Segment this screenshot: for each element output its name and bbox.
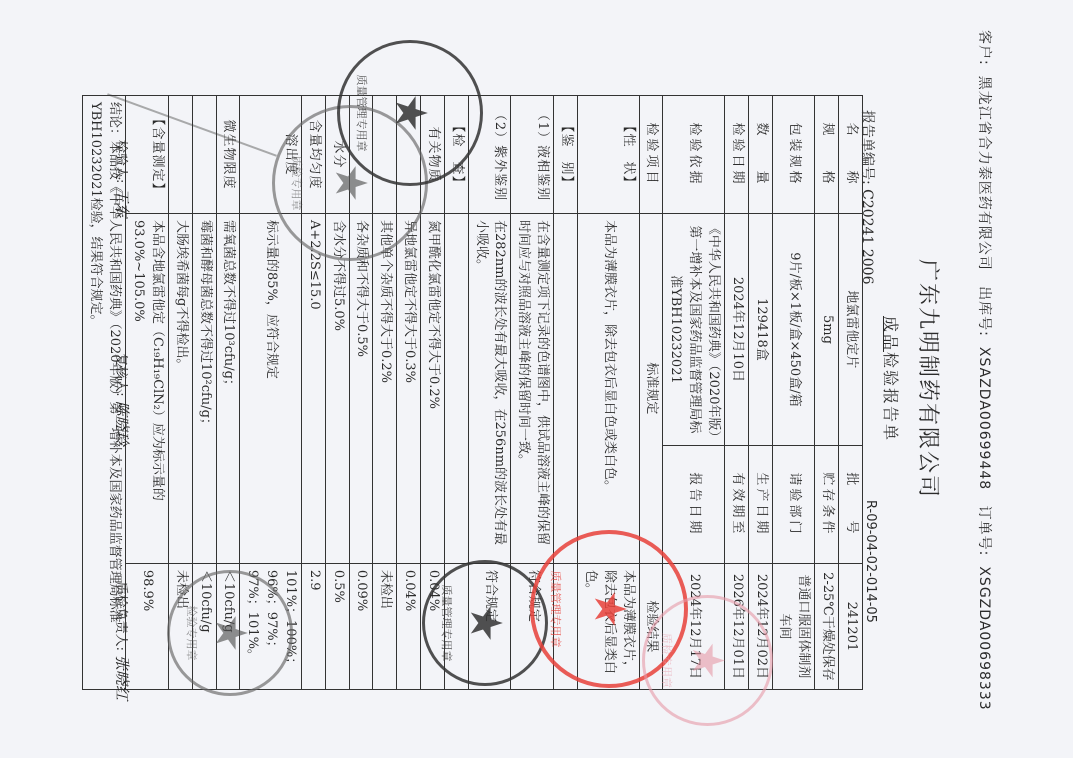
info-value: 2024年12月10日 (724, 214, 748, 446)
info-value: 2024年12月02日 (748, 563, 772, 689)
info-label: 包装规格 (772, 96, 815, 214)
test-item (373, 96, 397, 214)
scanned-report-page: 客户:黑龙江省合力泰医药有限公司 出库号:XSAZDA00699448 订单号:… (0, 0, 1073, 758)
test-result (444, 563, 468, 689)
test-result: 未检出 (168, 563, 192, 689)
test-item (168, 96, 192, 214)
test-row: 含量均匀度A+2.2S≤15.02.9 (301, 96, 325, 690)
info-label: 规 格 (815, 96, 839, 214)
test-result: 0.04% (421, 563, 445, 689)
test-item (192, 96, 216, 214)
test-row: 霉菌和酵母菌总数不得过10²cfu/g；＜10cfu/g (192, 96, 216, 690)
customer-label: 客户: (976, 30, 992, 66)
test-result: 2.9 (301, 563, 325, 689)
inspector-signature: 王东 (113, 187, 131, 217)
customer-name: 黑龙江省合力泰医药有限公司 (976, 76, 992, 271)
test-result: 符合规定 (511, 563, 554, 689)
inspector-label: 检验人: (113, 140, 128, 183)
order-label: 订单号: (976, 506, 992, 557)
test-item: 有关物质 (421, 96, 445, 214)
info-value: 普通口服固体制剂车间 (772, 563, 815, 689)
reviewer-label: 复核人: (113, 353, 128, 396)
test-item (349, 96, 373, 214)
test-standard: 含水分不得过5.0% (325, 214, 349, 564)
header-line: 客户:黑龙江省合力泰医药有限公司 出库号:XSAZDA00699448 订单号:… (975, 30, 995, 721)
test-standard: 需氧菌总数不得过10³cfu/g； (216, 214, 240, 564)
document-code: R-09-04-02-014-05 (863, 500, 878, 623)
info-label: 批 号 (839, 445, 863, 563)
test-row: 各杂质和不得大于0.5%0.09% (349, 96, 373, 690)
test-result: 本品为薄膜衣片，除去包衣后显类白色。 (578, 563, 640, 689)
basis-label: 检验依据 (663, 96, 725, 214)
test-standard (554, 214, 578, 564)
test-item: 溶出度 (240, 96, 302, 214)
test-item (397, 96, 421, 214)
info-label: 生产日期 (748, 445, 772, 563)
test-result: 未检出 (373, 563, 397, 689)
test-result: 101%；100%；96%；97%；97%；101%。 (240, 563, 302, 689)
test-standard: 标示量的85%，应符合规定 (240, 214, 302, 564)
test-row: 水分含水分不得过5.0%0.5% (325, 96, 349, 690)
test-row: 溶出度标示量的85%，应符合规定101%；100%；96%；97%；97%；10… (240, 96, 302, 690)
qa-label: 质检负责人: (113, 582, 128, 651)
test-row: （2）紫外鉴别在282nm的波长处有最大吸收，在256nm的波长处有最小吸收。符… (468, 96, 511, 690)
test-result: ＜10cfu/g (216, 563, 240, 689)
info-row: 规 格5mg贮存条件2-25℃干燥处保存 (815, 96, 839, 690)
info-row: 名 称地氯雷他定片批 号241201 (839, 96, 863, 690)
col-result: 检验结果 (639, 563, 663, 689)
test-item: 微生物限度 (216, 96, 240, 214)
test-result: 0.5% (325, 563, 349, 689)
col-standard: 标准规定 (639, 214, 663, 564)
document-title: 成品检验报告单 (880, 0, 903, 758)
info-row: 包装规格9片/板×1板/盒×450盒/箱请验部门普通口服固体制剂车间 (772, 96, 815, 690)
report-date: 2024年12月17日 (663, 563, 725, 689)
info-label: 数 量 (748, 96, 772, 214)
report-table: 名 称地氯雷他定片批 号241201规 格5mg贮存条件2-25℃干燥处保存包装… (82, 95, 863, 690)
qa-manager: 质检负责人:张晓红 (112, 582, 133, 700)
test-row: 有关物质氮甲酰化氯雷他定不得大于0.2%0.04% (421, 96, 445, 690)
test-item: （1）液相鉴别 (511, 96, 554, 214)
info-label: 检验日期 (724, 96, 748, 214)
test-standard: 在282nm的波长处有最大吸收，在256nm的波长处有最小吸收。 (468, 214, 511, 564)
info-value: 9片/板×1板/盒×450盒/箱 (772, 214, 815, 446)
test-row: 【检 查】 (444, 96, 468, 690)
test-row: 【鉴 别】 (554, 96, 578, 690)
title-rest: 检验报告单 (881, 352, 900, 442)
reviewer-signature: 陈晓玲 (113, 401, 131, 446)
test-result: 0.04% (397, 563, 421, 689)
test-result: 0.09% (349, 563, 373, 689)
test-standard: 大肠埃希菌每g不得检出。 (168, 214, 192, 564)
info-row: 检验日期2024年12月10日有效期至2026年12月01日 (724, 96, 748, 690)
test-row: 异地氯雷他定不得大于0.3%0.04% (397, 96, 421, 690)
info-value: 2-25℃干燥处保存 (815, 563, 839, 689)
test-standard: 氮甲酰化氯雷他定不得大于0.2% (421, 214, 445, 564)
reviewer: 复核人:陈晓玲 (112, 353, 133, 445)
test-item: 【性 状】 (578, 96, 640, 214)
test-standard: 霉菌和酵母菌总数不得过10²cfu/g； (192, 214, 216, 564)
info-value: 241201 (839, 563, 863, 689)
test-row: （1）液相鉴别在含量测定项下记录的色谱图中，供试品溶液主峰的保留时间应与对照品溶… (511, 96, 554, 690)
info-label: 有效期至 (724, 445, 748, 563)
outbound-label: 出库号: (976, 286, 992, 337)
test-result: 符合规定 (468, 563, 511, 689)
info-label: 请验部门 (772, 445, 815, 563)
inspector: 检验人:王东 (112, 140, 133, 217)
test-result: ＜10cfu/g (192, 563, 216, 689)
test-standard (444, 214, 468, 564)
columns-row: 检验项目 标准规定 检验结果 (639, 96, 663, 690)
signature-row: 检验人:王东 复核人:陈晓玲 质检负责人:张晓红 (112, 140, 133, 700)
info-value: 2026年12月01日 (724, 563, 748, 689)
test-item: 【检 查】 (444, 96, 468, 214)
test-item: 水分 (325, 96, 349, 214)
info-value: 129418盒 (748, 214, 772, 446)
info-label: 贮存条件 (815, 445, 839, 563)
test-standard: 在含量测定项下记录的色谱图中，供试品溶液主峰的保留时间应与对照品溶液主峰的保留时… (511, 214, 554, 564)
test-row: 大肠埃希菌每g不得检出。未检出 (168, 96, 192, 690)
test-standard: A+2.2S≤15.0 (301, 214, 325, 564)
info-row: 数 量129418盒生产日期2024年12月02日 (748, 96, 772, 690)
basis-value: 《中华人民共和国药典》（2020年版）第一增补本及国家药品监督管理局标准YBH1… (663, 214, 725, 446)
info-label: 名 称 (839, 96, 863, 214)
col-item: 检验项目 (639, 96, 663, 214)
test-item: 含量均匀度 (301, 96, 325, 214)
qa-signature: 张晓红 (113, 655, 131, 700)
basis-row: 检验依据 《中华人民共和国药典》（2020年版）第一增补本及国家药品监督管理局标… (663, 96, 725, 690)
company-name: 广东九明制药有限公司 (914, 0, 945, 758)
test-item: 【鉴 别】 (554, 96, 578, 214)
test-row: 微生物限度需氧菌总数不得过10³cfu/g；＜10cfu/g (216, 96, 240, 690)
report-date-label: 报告日期 (663, 445, 725, 563)
test-standard: 异地氯雷他定不得大于0.3% (397, 214, 421, 564)
title-prefix: 成品 (881, 316, 900, 352)
test-row: 【性 状】本品为薄膜衣片，除去包衣后显白色或类白色。本品为薄膜衣片，除去包衣后显… (578, 96, 640, 690)
test-standard: 各杂质和不得大于0.5% (349, 214, 373, 564)
order-number: XSGZDA00698333 (976, 566, 992, 710)
test-standard: 本品为薄膜衣片，除去包衣后显白色或类白色。 (578, 214, 640, 564)
test-item: （2）紫外鉴别 (468, 96, 511, 214)
info-value: 地氯雷他定片 (839, 214, 863, 446)
test-row: 其他单个杂质不得大于0.2%未检出 (373, 96, 397, 690)
test-standard: 其他单个杂质不得大于0.2% (373, 214, 397, 564)
outbound-number: XSAZDA00699448 (976, 347, 992, 490)
test-result (554, 563, 578, 689)
info-value: 5mg (815, 214, 839, 446)
